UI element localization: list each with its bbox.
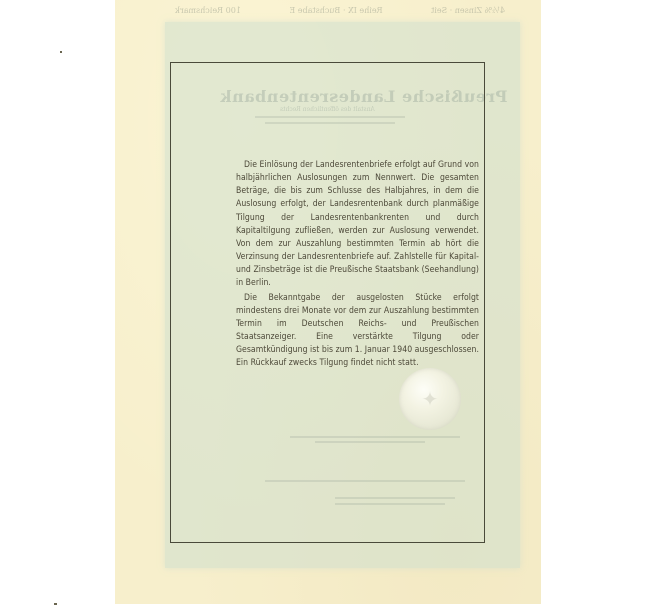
certificate-paper: 4½% Zinsen · Seit Reihe IX · Buchstabe E… [115, 0, 541, 604]
bleed-header-middle: Reihe IX · Buchstabe E [289, 6, 382, 15]
bleed-header-left: 4½% Zinsen · Seit [431, 6, 505, 15]
speck [60, 51, 62, 53]
paragraph-redemption: Die Einlösung der Landesrentenbriefe erf… [236, 159, 479, 291]
terms-text: Die Einlösung der Landesrentenbriefe erf… [236, 159, 479, 371]
paragraph-announcement: Die Bekanntgabe der ausgelosten Stücke e… [236, 292, 479, 371]
bleed-through-header: 4½% Zinsen · Seit Reihe IX · Buchstabe E… [175, 6, 505, 15]
embossed-seal-icon: ✦ [399, 368, 461, 430]
bleed-header-right: 100 Reichsmark [175, 6, 241, 15]
eagle-icon: ✦ [399, 368, 461, 430]
